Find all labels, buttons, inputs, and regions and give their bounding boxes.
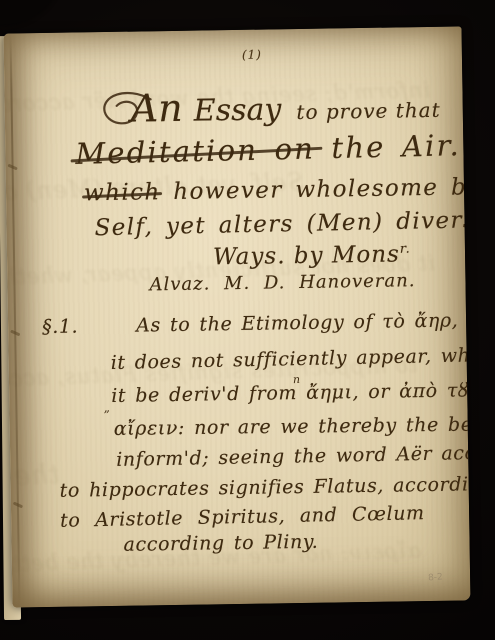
dark-corner-object xyxy=(0,0,64,27)
body-line-text: As to the Etimology of τὸ ἄηρ, xyxy=(136,310,459,337)
superscript-r: r. xyxy=(400,242,411,257)
manuscript-page: inform'd; seeing the word Aër according … xyxy=(4,26,471,607)
binding-fold-line xyxy=(10,34,21,608)
struck-through-text: Meditation on xyxy=(75,131,315,170)
title-line-2-rest: the Air. xyxy=(331,128,461,165)
title-line-1: An Essay to prove that xyxy=(130,82,441,131)
title-line-1-rest: to prove that xyxy=(296,98,441,124)
title-line-3-rest: however wholesome by it xyxy=(173,174,470,205)
body-line: according to Pliny. xyxy=(123,531,318,556)
title-word-an: An xyxy=(130,86,183,131)
interlinear-insertion: n xyxy=(293,373,300,386)
body-line: inform'd; seeing the word Aër according xyxy=(116,441,470,471)
pencil-corner-mark: 8-2 xyxy=(428,572,444,583)
body-line: §.1.As to the Etimology of τὸ ἄηρ, xyxy=(42,310,459,339)
title-word-essay: Essay xyxy=(194,92,282,128)
body-line: αἴρειν: nor are we thereby the better xyxy=(114,413,471,440)
title-line-2: Meditation on the Air. xyxy=(75,128,461,171)
title-line-3: which however wholesome by it xyxy=(84,174,471,207)
title-line-4: Self, yet alters (Men) divers xyxy=(94,207,470,241)
struck-through-text: which xyxy=(84,179,161,206)
body-line: to hippocrates signifies Flatus, accordi… xyxy=(60,473,471,502)
title-line-5: Ways. by Monsr. xyxy=(213,241,411,270)
ink-showthrough: the Air. xyxy=(4,460,60,493)
author-byline: Alvaz. M. D. Hanoveran. xyxy=(149,270,415,295)
page-number: (1) xyxy=(242,48,262,62)
title-line-5-text: Ways. by Mons xyxy=(213,241,400,270)
body-line: to Aristotle Spiritus, and Cœlum xyxy=(60,502,425,532)
section-mark: §.1. xyxy=(42,315,78,338)
photograph-background: inform'd; seeing the word Aër according … xyxy=(0,0,495,640)
accent-mark: ” xyxy=(103,408,109,422)
